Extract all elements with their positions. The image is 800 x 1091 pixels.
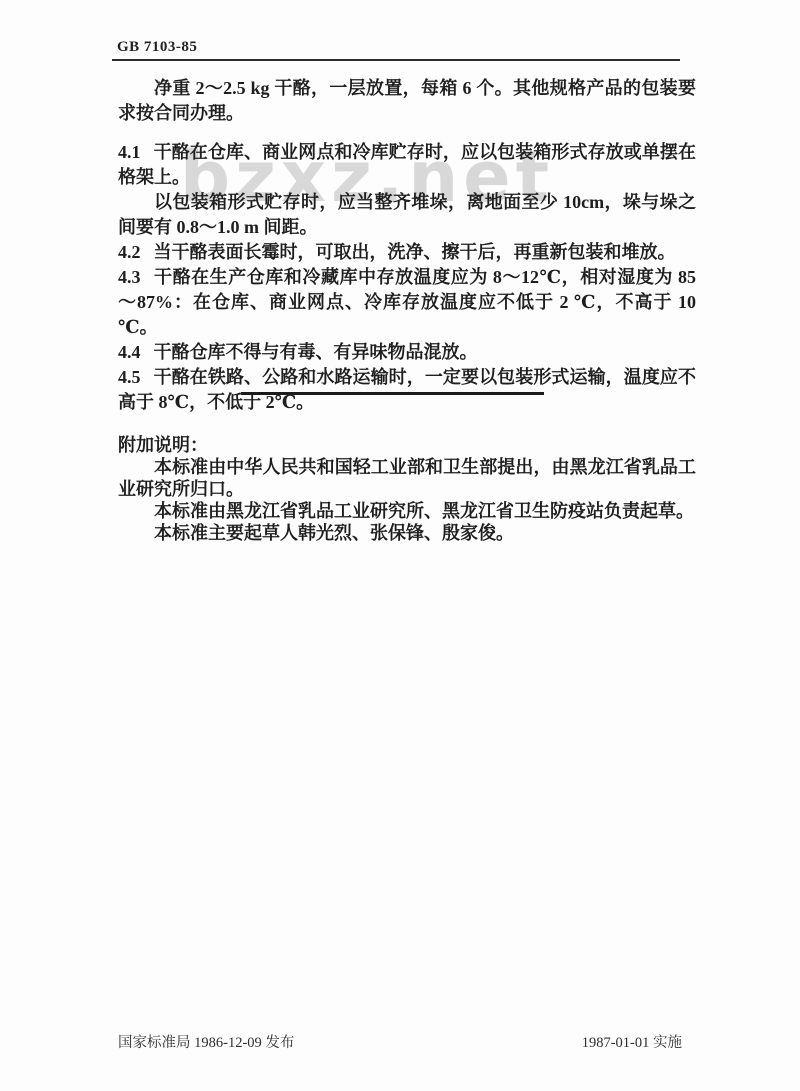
implementation-date-text: 1987-01-01 实施 <box>582 1031 682 1052</box>
clause-4-5: 4.5干酪在铁路、公路和水路运输时，一定要以包装形式运输，温度应不高于 8℃，不… <box>118 365 696 415</box>
clause-text: 干酪在仓库、商业网点和冷库贮存时，应以包装箱形式存放或单摆在格架上。 <box>118 142 696 187</box>
clause-text: 干酪在生产仓库和冷藏库中存放温度应为 8～12℃，相对湿度为 85～87%：在仓… <box>118 267 696 337</box>
appendix-item-proposed-by: 本标准由中华人民共和国轻工业部和卫生部提出，由黑龙江省乳品工业研究所归口。 <box>118 456 696 500</box>
appendix-item-drafted-by: 本标准由黑龙江省乳品工业研究所、黑龙江省卫生防疫站负责起草。 <box>118 500 696 522</box>
document-header: GB 7103-85 <box>112 38 680 61</box>
clause-text: 干酪在铁路、公路和水路运输时，一定要以包装形式运输，温度应不高于 8℃，不低于 … <box>118 367 696 412</box>
document-footer: 国家标准局 1986-12-09 发布 1987-01-01 实施 <box>118 1031 682 1052</box>
section-divider <box>241 392 544 395</box>
intro-paragraph: 净重 2～2.5 kg 干酪，一层放置，每箱 6 个。其他规格产品的包装要求按合… <box>118 76 696 126</box>
clause-4-2: 4.2当干酪表面长霉时，可取出，洗净、擦干后，再重新包装和堆放。 <box>118 240 696 265</box>
clause-number: 4.4 <box>118 340 141 365</box>
clause-4-4: 4.4干酪仓库不得与有毒、有异味物品混放。 <box>118 340 696 365</box>
appendix-section: 附加说明： 本标准由中华人民共和国轻工业部和卫生部提出，由黑龙江省乳品工业研究所… <box>118 434 696 544</box>
clause-number: 4.5 <box>118 365 141 390</box>
clause-number: 4.3 <box>118 265 141 290</box>
appendix-title: 附加说明： <box>118 434 696 456</box>
issue-date-text: 国家标准局 1986-12-09 发布 <box>118 1031 294 1052</box>
standard-number: GB 7103-85 <box>117 39 197 55</box>
appendix-item-drafters: 本标准主要起草人韩光烈、张保锋、殷家俊。 <box>118 522 696 544</box>
clause-number: 4.2 <box>118 240 141 265</box>
clause-text: 干酪仓库不得与有毒、有异味物品混放。 <box>154 342 478 362</box>
document-page: bzxz.net GB 7103-85 净重 2～2.5 kg 干酪，一层放置，… <box>0 0 800 1091</box>
clause-4-1: 4.1干酪在仓库、商业网点和冷库贮存时，应以包装箱形式存放或单摆在格架上。 <box>118 140 696 190</box>
clause-number: 4.1 <box>118 140 141 165</box>
clause-4-3: 4.3干酪在生产仓库和冷藏库中存放温度应为 8～12℃，相对湿度为 85～87%… <box>118 265 696 340</box>
document-body: 净重 2～2.5 kg 干酪，一层放置，每箱 6 个。其他规格产品的包装要求按合… <box>118 76 696 415</box>
clause-4-1-subparagraph: 以包装箱形式贮存时，应当整齐堆垛，离地面至少 10cm，垛与垛之间要有 0.8～… <box>118 190 696 240</box>
clause-text: 当干酪表面长霉时，可取出，洗净、擦干后，再重新包装和堆放。 <box>154 242 676 262</box>
